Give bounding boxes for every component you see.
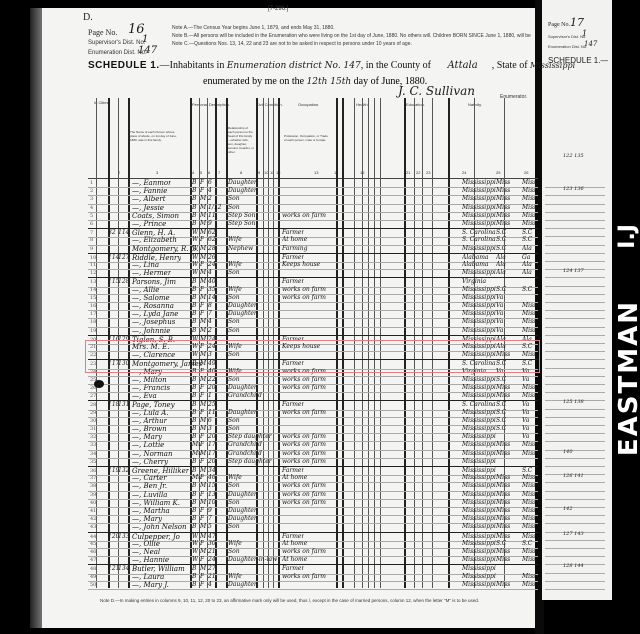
person-name: —, Eanmor <box>132 179 171 187</box>
sex-value: F <box>200 515 204 523</box>
father-birthplace-value: Va <box>496 294 503 302</box>
right-page-row <box>545 581 605 590</box>
person-name: —, Ben Jr. <box>132 482 167 490</box>
person-name: —, Laura <box>132 573 164 581</box>
relationship-value: Wife <box>228 474 242 482</box>
birthplace-value: Mississippi <box>462 548 496 556</box>
person-name: —, John Nelson <box>132 523 187 531</box>
mother-birthplace-value: Miss <box>522 491 536 499</box>
header-occupation: Occupation. <box>298 102 319 107</box>
relationship-value: Daughter <box>228 581 257 589</box>
line-number: 3 <box>90 195 93 203</box>
sex-value: F <box>200 236 204 244</box>
mother-birthplace-value: Miss <box>522 384 536 392</box>
sex-value: F <box>200 491 204 499</box>
mother-birthplace-value: Miss <box>522 179 536 187</box>
age-value: 15 <box>208 482 216 490</box>
col-num-single: 9 <box>258 170 260 175</box>
father-birthplace-value: Va <box>496 318 503 326</box>
father-birthplace-value: Miss <box>496 179 510 187</box>
person-name: Coats, Simon <box>132 212 179 220</box>
mother-birthplace-value: Ala <box>522 245 532 253</box>
relationship-value: Wife <box>228 286 242 294</box>
line-number: 42 <box>90 515 96 523</box>
father-birthplace-value: Miss <box>496 523 510 531</box>
age-value: 30 <box>208 540 216 548</box>
color-value: W <box>192 548 198 556</box>
sex-value: M <box>200 212 206 220</box>
person-name: —, Norman <box>132 450 172 458</box>
col-num-cannot-write: 23 <box>426 170 430 175</box>
age-value: 11 <box>208 212 216 220</box>
person-name: —, Eva <box>132 392 157 400</box>
color-value: B <box>192 458 196 466</box>
father-birthplace-value: Ala <box>496 269 506 277</box>
father-birthplace-value: Miss <box>496 499 510 507</box>
person-name: —, Cherry <box>132 458 168 466</box>
mother-birthplace-value: Va <box>522 376 529 384</box>
birthplace-value: Mississippi <box>462 343 496 351</box>
right-family-number: 128 144 <box>563 563 584 569</box>
line-number: 18 <box>90 318 96 326</box>
father-birthplace-value: Va <box>496 327 503 335</box>
person-name: —, Rosanna <box>132 302 174 310</box>
color-value: B <box>192 327 196 335</box>
occupation-value: works on farm <box>282 376 326 384</box>
line-number: 17 <box>90 310 96 318</box>
side-mark: I.J <box>615 224 640 249</box>
line-number: 6 <box>90 220 93 228</box>
right-schedule-title: SCHEDULE 1.—Inha <box>548 56 608 65</box>
relationship-value: Daughter <box>228 302 257 310</box>
line-number: 37 <box>90 474 96 482</box>
occupation-value: At home <box>282 540 307 548</box>
color-value: W <box>192 269 198 277</box>
header-personal-description: Personal Description. <box>192 102 230 107</box>
age-value: 3 <box>208 425 212 433</box>
enumerated-line: enumerated by me on the 12th 15th day of… <box>203 76 427 87</box>
birthplace-value: Mississippi <box>462 318 496 326</box>
line-number: 15 <box>90 294 96 302</box>
mother-birthplace-value: Miss <box>522 441 536 449</box>
person-name: —, Albert <box>132 195 166 203</box>
mother-birthplace-value: Miss <box>522 523 536 531</box>
sex-value: F <box>200 187 204 195</box>
right-family-number: 127 143 <box>563 531 584 537</box>
sex-value: F <box>200 261 204 269</box>
person-name: Montgomery, R. G. <box>132 245 198 253</box>
line-number: 33 <box>90 441 96 449</box>
birthplace-value: Mississippi <box>462 384 496 392</box>
age-value: 20 <box>208 458 216 466</box>
relationship-value: Son <box>228 318 240 326</box>
note-b: Note B.—All persons will be included in … <box>172 32 532 40</box>
footnote: Note D.—In making entries in columns 9, … <box>100 598 520 603</box>
relationship-value: Daughter-in-law <box>228 556 277 564</box>
district-handwritten: Enumeration district No. 147 <box>227 61 361 71</box>
sex-value: F <box>200 384 204 392</box>
age-value: 4 <box>208 318 212 326</box>
age-value: 8 <box>208 302 212 310</box>
color-value: W <box>192 236 198 244</box>
mother-birthplace-value: Miss <box>522 195 536 203</box>
eastman-watermark: EASTMAN <box>612 300 640 630</box>
birthplace-value: Mississippi <box>462 204 496 212</box>
color-value: B <box>192 425 196 433</box>
enumerated-day: 12th 15th <box>307 77 352 87</box>
sex-value: M <box>200 417 206 425</box>
father-birthplace-value: Va <box>496 368 503 376</box>
sex-value: F <box>200 286 204 294</box>
person-name: —, Martha <box>132 507 170 515</box>
mother-birthplace-value: Miss <box>522 515 536 523</box>
father-birthplace-value: Miss <box>496 384 510 392</box>
occupation-value: works on farm <box>282 482 326 490</box>
color-value: B <box>192 220 196 228</box>
father-birthplace-value: Ala <box>496 261 506 269</box>
person-name: —, Prince <box>132 220 166 228</box>
color-value: B <box>192 384 196 392</box>
age-value: 14 <box>208 294 216 302</box>
right-enumeration-label: Enumeration Dist. No. <box>548 44 587 49</box>
sex-value: M <box>200 523 206 531</box>
color-value: B <box>192 179 196 187</box>
age-value: 21 <box>208 573 216 581</box>
mother-birthplace-value: Va <box>522 417 529 425</box>
sex-value: F <box>200 343 204 351</box>
relationship-value: Daughter <box>228 310 257 318</box>
header-occupation-desc: Profession, Occupation, or Trade of each… <box>284 134 330 142</box>
line-number: 12 <box>90 269 96 277</box>
age-value: 21 <box>208 548 216 556</box>
right-supervisor-label: Supervisor's Dist. No. <box>548 34 586 39</box>
mother-birthplace-value: Miss <box>522 310 536 318</box>
relationship-value: Nephew <box>228 245 253 253</box>
eastman-text: EASTMAN <box>614 300 640 456</box>
sex-value: F <box>200 474 204 482</box>
father-birthplace-value: Miss <box>496 441 510 449</box>
occupation-value: works on farm <box>282 450 326 458</box>
relationship-value: Wife <box>228 540 242 548</box>
right-family-number: 122 135 <box>563 153 584 159</box>
occupation-value: Farming <box>282 245 308 253</box>
occupation-value: works on farm <box>282 212 326 220</box>
birthplace-value: Mississippi <box>462 515 496 523</box>
person-name: Mrs. M. E. <box>132 343 170 351</box>
line-number: 9 <box>90 245 93 253</box>
father-birthplace-value: Miss <box>496 220 510 228</box>
father-birthplace-value: Ala <box>496 343 506 351</box>
birthplace-value: Mississippi <box>462 540 496 548</box>
line-number: 46 <box>90 548 96 556</box>
age-value: 7 <box>208 310 212 318</box>
mother-birthplace-value: Miss <box>522 212 536 220</box>
mother-birthplace-value: Miss <box>522 220 536 228</box>
occupation-value: works on farm <box>282 441 326 449</box>
age-value: 1/12 <box>208 204 221 212</box>
father-birthplace-value: S.C <box>496 376 506 384</box>
line-number: 31 <box>90 425 96 433</box>
right-supervisor-no: 1 <box>582 29 587 38</box>
color-value: B <box>192 310 196 318</box>
birthplace-value: S. Carolina <box>462 236 496 244</box>
occupation-value: At home <box>282 474 307 482</box>
right-page-no: 17 <box>570 16 584 29</box>
person-name: —, Johnnie <box>132 327 170 335</box>
color-value: W <box>192 540 198 548</box>
age-value: 35 <box>208 286 216 294</box>
occupation-value: works on farm <box>282 368 326 376</box>
relationship-value: Son <box>228 499 240 507</box>
line-number: 11 <box>90 261 96 269</box>
father-birthplace-value: Miss <box>496 212 510 220</box>
line-number: 2 <box>90 187 93 195</box>
sex-value: M <box>200 269 206 277</box>
line-number: 45 <box>90 540 96 548</box>
line-number: 30 <box>90 417 96 425</box>
person-name: —, Carter <box>132 474 167 482</box>
mother-birthplace-value: S.C <box>522 540 532 548</box>
sex-value: F <box>200 302 204 310</box>
sex-value: F <box>200 368 204 376</box>
birthplace-value: Alabama <box>462 261 489 269</box>
sex-value: M <box>200 195 206 203</box>
person-name: —, Luvilla <box>132 491 167 499</box>
age-value: 17 <box>208 450 216 458</box>
relationship-value: Daughter <box>228 187 257 195</box>
note-c: Note C.—Questions Nos. 13, 14, 22 and 23… <box>172 40 532 48</box>
relationship-value: Son <box>228 269 240 277</box>
line-number: 16 <box>90 302 96 310</box>
col-num-sex: 5 <box>200 170 202 175</box>
sex-value: M <box>200 425 206 433</box>
color-value: B <box>192 204 196 212</box>
relationship-value: Son <box>228 204 240 212</box>
father-birthplace-value: S.C <box>496 286 506 294</box>
sex-value: F <box>200 179 204 187</box>
supervisor-label: Supervisor's Dist. No. <box>88 40 146 46</box>
mother-birthplace-value: Miss <box>522 204 536 212</box>
relationship-value: Grandchild <box>228 392 262 400</box>
sex-value: M <box>200 318 206 326</box>
mother-birthplace-value: Miss <box>522 573 536 581</box>
right-family-number: 140 <box>563 449 573 455</box>
age-value: 1 <box>208 392 212 400</box>
line-number: 41 <box>90 507 96 515</box>
relationship-value: Son <box>228 482 240 490</box>
father-birthplace-value: Miss <box>496 548 510 556</box>
person-name: —, Hannie <box>132 556 169 564</box>
father-birthplace-value: Miss <box>496 474 510 482</box>
father-birthplace-value: Miss <box>496 204 510 212</box>
age-value: 2 <box>208 327 212 335</box>
mother-birthplace-value: Miss <box>522 351 536 359</box>
color-value: B <box>192 523 196 531</box>
sex-value: F <box>200 507 204 515</box>
column-headers: In Cities. Personal Description. Civil C… <box>88 98 538 179</box>
occupation-value: At home <box>282 236 307 244</box>
birthplace-value: Mississippi <box>462 212 496 220</box>
col-num-attended-school: 21 <box>406 170 410 175</box>
father-birthplace-value: Miss <box>496 392 510 400</box>
line-number: 21 <box>90 343 96 351</box>
father-birthplace-value: S.C <box>496 417 506 425</box>
line-number: 5 <box>90 212 93 220</box>
father-birthplace-value: Miss <box>496 491 510 499</box>
relationship-value: Son <box>228 195 240 203</box>
sex-value: F <box>200 392 204 400</box>
right-family-number: 142 <box>563 506 573 512</box>
sex-value: M <box>200 245 206 253</box>
mother-birthplace-value: S.C <box>522 343 532 351</box>
relationship-value: Step Son <box>228 220 255 228</box>
sex-value: M <box>200 220 206 228</box>
person-name: —, Jessie <box>132 204 164 212</box>
birthplace-value: Mississippi <box>462 302 496 310</box>
relationship-value: Daughter <box>228 515 257 523</box>
birthplace-value: Mississippi <box>462 294 496 302</box>
color-value: W <box>192 261 198 269</box>
age-value: 13 <box>208 491 216 499</box>
occupation-value: Keeps house <box>282 261 320 269</box>
person-name: —, Lina <box>132 261 159 269</box>
age-value: 6 <box>208 179 212 187</box>
right-family-number: 126 141 <box>563 473 584 479</box>
color-value: B <box>192 491 196 499</box>
birthplace-value: Mississippi <box>462 195 496 203</box>
occupation-value: works on farm <box>282 573 326 581</box>
mother-birthplace-value: Va <box>522 409 529 417</box>
line-number: 40 <box>90 499 96 507</box>
color-value: B <box>192 294 196 302</box>
sex-value: F <box>200 573 204 581</box>
sex-value: M <box>200 327 206 335</box>
notes-block: Note A.—The Census Year begins June 1, 1… <box>172 24 532 48</box>
relationship-value: Son <box>228 548 240 556</box>
enumeration-no: 147 <box>138 45 157 56</box>
birthplace-value: Mississippi <box>462 187 496 195</box>
county-label: , in the County of <box>361 60 431 71</box>
color-value: B <box>192 433 196 441</box>
form-id: [7-296.] <box>268 6 288 12</box>
schedule-text: —Inhabitants in <box>160 60 225 71</box>
age-value: 9 <box>208 220 212 228</box>
birthplace-value: Mississippi <box>462 179 496 187</box>
person-name: —, Francis <box>132 384 170 392</box>
color-value: B <box>192 417 196 425</box>
birthplace-value: Mississippi <box>462 581 496 589</box>
mother-birthplace-value: Miss <box>522 392 536 400</box>
birthplace-value: Mississippi <box>462 458 496 466</box>
relationship-value: Son <box>228 351 240 359</box>
father-birthplace-value: S.C <box>496 425 506 433</box>
relationship-value: Wife <box>228 368 242 376</box>
mother-birthplace-value: Miss <box>522 482 536 490</box>
birthplace-value: Mississippi <box>462 425 496 433</box>
occupation-value: works on farm <box>282 286 326 294</box>
color-value: B <box>192 302 196 310</box>
birthplace-value: Mississippi <box>462 523 496 531</box>
father-birthplace-value: Miss <box>496 450 510 458</box>
birthplace-value: Mississippi <box>462 507 496 515</box>
person-name: —, Mary <box>132 368 162 376</box>
col-num-occupation: 13 <box>314 170 318 175</box>
col-num-birthplace: 24 <box>462 170 466 175</box>
age-value: 62 <box>208 236 216 244</box>
enumerator-signature: J. C. Sullivan <box>398 84 475 98</box>
note-a: Note A.—The Census Year begins June 1, 1… <box>172 24 532 32</box>
birthplace-value: Virginia <box>462 368 486 376</box>
age-value: 40 <box>208 368 216 376</box>
person-name: —, Mary <box>132 433 162 441</box>
occupation-value: works on farm <box>282 548 326 556</box>
sex-value: M <box>200 351 206 359</box>
relationship-value: Son <box>228 417 240 425</box>
father-birthplace-value: Miss <box>496 556 510 564</box>
age-value: 46 <box>208 474 216 482</box>
birthplace-value: Mississippi <box>462 409 496 417</box>
age-value: 4 <box>208 187 212 195</box>
right-family-number: 123 136 <box>563 186 584 192</box>
relationship-value: Son <box>228 425 240 433</box>
supervisor-no: 1 <box>142 34 148 45</box>
mother-birthplace-value: Miss <box>522 327 536 335</box>
header-name-desc: The Name of each Person whose place of a… <box>130 130 178 142</box>
col-num-age: 6 <box>208 170 210 175</box>
birthplace-value: Mississippi <box>462 556 496 564</box>
mother-birthplace-value: Ala <box>522 269 532 277</box>
relationship-value: Step daughter <box>228 458 272 466</box>
relationship-value: Wife <box>228 343 242 351</box>
color-value: B <box>192 409 196 417</box>
father-birthplace-value: Miss <box>496 482 510 490</box>
col-num-father-birthplace: 25 <box>496 170 500 175</box>
line-number: 34 <box>90 450 96 458</box>
occupation-value: works on farm <box>282 409 326 417</box>
color-value: B <box>192 499 196 507</box>
birthplace-value: Mississippi <box>462 482 496 490</box>
color-value: W <box>192 351 198 359</box>
age-value: 22 <box>208 376 216 384</box>
line-number: 24 <box>90 368 96 376</box>
mother-birthplace-value: Miss <box>522 474 536 482</box>
relationship-value: Daughter <box>228 491 257 499</box>
age-value: 5 <box>208 523 212 531</box>
relationship-value: Daughter <box>228 179 257 187</box>
mother-birthplace-value: Va <box>522 368 529 376</box>
person-name: —, Lyda Jane <box>132 310 178 318</box>
sex-value: F <box>200 556 204 564</box>
mother-birthplace-value: Miss <box>522 302 536 310</box>
color-value: B <box>192 318 196 326</box>
sex-value: M <box>200 548 206 556</box>
birthplace-value: Mississippi <box>462 441 496 449</box>
birthplace-value: Mississippi <box>462 417 496 425</box>
relationship-value: Daughter <box>228 409 257 417</box>
person-name: —, Arthur <box>132 417 167 425</box>
birthplace-value: Mississippi <box>462 351 496 359</box>
relationship-value: Son <box>228 294 240 302</box>
sex-value: M <box>200 482 206 490</box>
color-value: B <box>192 507 196 515</box>
mother-birthplace-value: Miss <box>522 187 536 195</box>
enumerated-label: enumerated by me on the <box>203 76 304 87</box>
relationship-value: Wife <box>228 236 242 244</box>
relationship-value: Daughter <box>228 384 257 392</box>
line-number: 22 <box>90 351 96 359</box>
birthplace-value: Mississippi <box>462 269 496 277</box>
birthplace-value: Mississippi <box>462 499 496 507</box>
